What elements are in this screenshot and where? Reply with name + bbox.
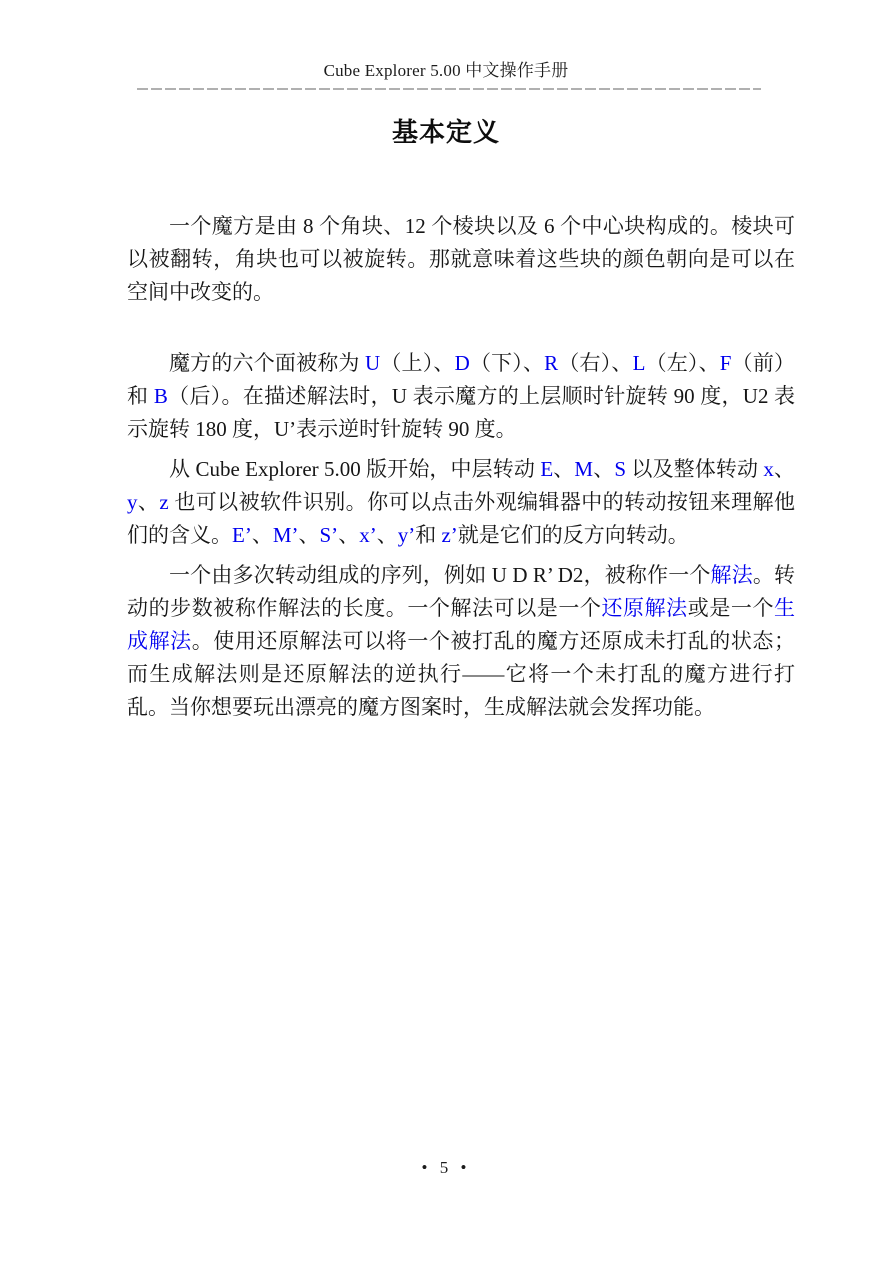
move-y-link[interactable]: y	[127, 490, 138, 514]
text-run: 一个由多次转动组成的序列，例如 U D R’ D2，被称作一个	[169, 563, 711, 587]
text-run: （右）、	[558, 351, 632, 375]
solution-link[interactable]: 解法	[711, 563, 753, 587]
text-run: （上）、	[380, 351, 454, 375]
text-run: 、	[377, 523, 398, 547]
text-run: 、	[553, 457, 574, 481]
paragraph-face-names: 魔方的六个面被称为 U（上）、D（下）、R（右）、L（左）、F（前）和 B（后）…	[127, 347, 795, 446]
move-x-link[interactable]: x	[763, 457, 774, 481]
text-run: 魔方的六个面被称为	[169, 351, 365, 375]
text-run: 以及整体转动	[626, 457, 763, 481]
text-run: 、	[593, 457, 614, 481]
text-run: （后）。在描述解法时，U 表示魔方的上层顺时针旋转 90 度，U2 表示旋转 1…	[127, 384, 795, 441]
text-run: 或是一个	[688, 596, 774, 620]
move-s-link[interactable]: S	[614, 457, 626, 481]
move-x-prime-link[interactable]: x’	[359, 523, 377, 547]
paragraph-maneuver-definition: 一个由多次转动组成的序列，例如 U D R’ D2，被称作一个解法。转动的步数被…	[127, 559, 795, 724]
page-number: • 5 •	[0, 1157, 892, 1179]
move-e-link[interactable]: E	[540, 457, 553, 481]
text-run: 一个魔方是由 8 个角块、12 个棱块以及 6 个中心块构成的。棱块可以被翻转，…	[127, 214, 795, 304]
header-running-title: Cube Explorer 5.00 中文操作手册	[0, 61, 892, 81]
text-run: 、	[338, 523, 359, 547]
page-title: 基本定义	[0, 114, 892, 150]
move-m-prime-link[interactable]: M’	[273, 523, 299, 547]
text-run: 。使用还原解法可以将一个被打乱的魔方还原成未打乱的状态；而生成解法则是还原解法的…	[127, 629, 795, 719]
text-run: 就是它们的反方向转动。	[458, 523, 689, 547]
face-f-link[interactable]: F	[720, 351, 732, 375]
body-text: 一个魔方是由 8 个角块、12 个棱块以及 6 个中心块构成的。棱块可以被翻转，…	[127, 210, 795, 731]
face-u-link[interactable]: U	[365, 351, 380, 375]
text-run: 、	[774, 457, 795, 481]
move-z-prime-link[interactable]: z’	[441, 523, 457, 547]
face-l-link[interactable]: L	[633, 351, 646, 375]
move-s-prime-link[interactable]: S’	[320, 523, 339, 547]
move-m-link[interactable]: M	[574, 457, 593, 481]
face-r-link[interactable]: R	[544, 351, 558, 375]
text-run: 和	[415, 523, 441, 547]
text-run: 、	[252, 523, 273, 547]
text-run: （左）、	[645, 351, 719, 375]
face-d-link[interactable]: D	[455, 351, 470, 375]
manual-page: Cube Explorer 5.00 中文操作手册 基本定义 一个魔方是由 8 …	[0, 0, 892, 1263]
text-run: （下）、	[470, 351, 544, 375]
text-run: 从 Cube Explorer 5.00 版开始，中层转动	[169, 457, 540, 481]
move-z-link[interactable]: z	[159, 490, 168, 514]
header-divider	[137, 88, 761, 90]
text-run: 、	[299, 523, 320, 547]
paragraph-slice-moves: 从 Cube Explorer 5.00 版开始，中层转动 E、M、S 以及整体…	[127, 453, 795, 552]
restore-solution-link[interactable]: 还原解法	[601, 596, 687, 620]
move-y-prime-link[interactable]: y’	[398, 523, 416, 547]
text-run: 、	[138, 490, 160, 514]
move-e-prime-link[interactable]: E’	[232, 523, 252, 547]
paragraph-cube-structure: 一个魔方是由 8 个角块、12 个棱块以及 6 个中心块构成的。棱块可以被翻转，…	[127, 210, 795, 309]
face-b-link[interactable]: B	[154, 384, 168, 408]
